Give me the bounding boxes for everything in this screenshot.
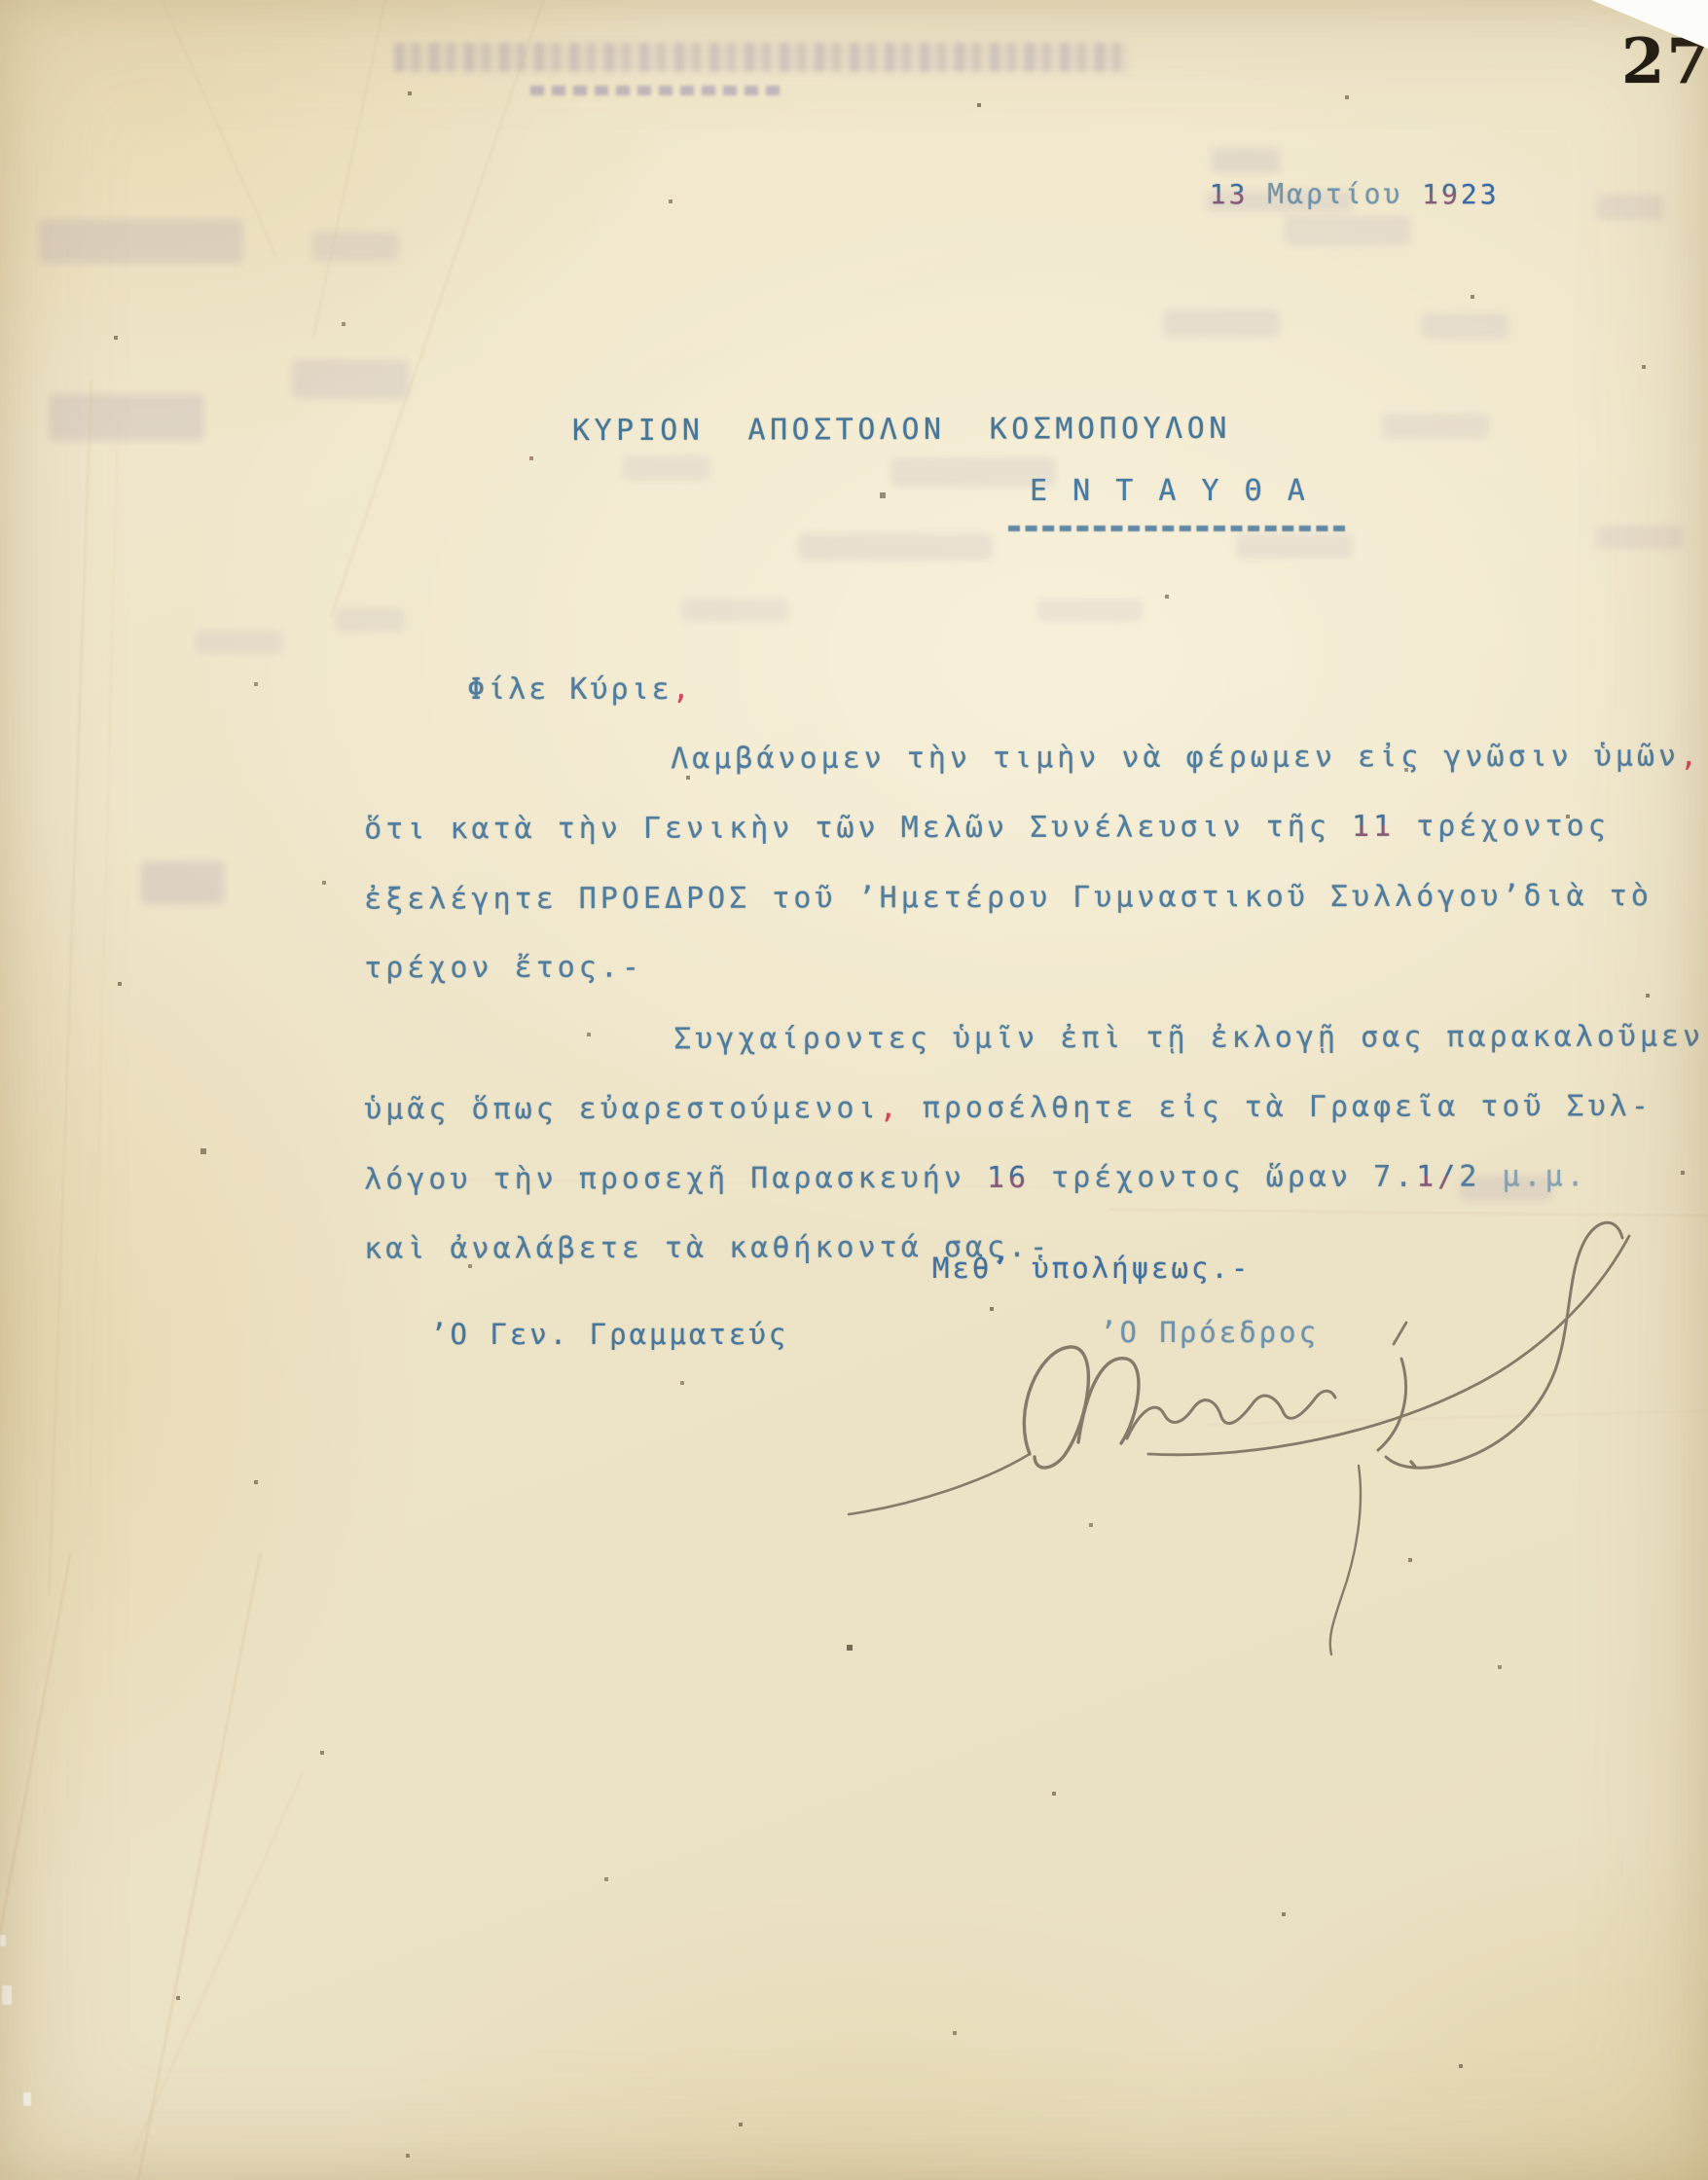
ink-bleed-smudge (292, 360, 409, 399)
body-line-4: τρέχον ἔτος.- (321, 917, 643, 986)
letter-date: 13 Μαρτίου 1923 (1171, 146, 1500, 210)
body-line-7: λόγου τὴν προσεχῆ Παρασκευήν 16 τρέχοντο… (321, 1125, 1588, 1196)
salutation-text: Φίλε Κύριε (467, 672, 672, 707)
ink-bleed-smudge (1421, 313, 1508, 339)
ink-bleed-smudge (681, 599, 788, 622)
closing-formula: Μεθ’ ὑπολήψεως.- (932, 1252, 1251, 1285)
recipient-location-underline (1008, 512, 1345, 531)
body-line-2: ὅτι κατὰ τὴν Γενικὴν τῶν Μελῶν Συνέλευσι… (321, 775, 1610, 846)
paper-specks (0, 0, 2, 2)
date-year-rest: 23 (1461, 178, 1500, 210)
paper-crease (311, 0, 387, 339)
date-year-first: 19 (1422, 178, 1461, 210)
body-line-1: Λαμβάνομεν τὴν τιμὴν νὰ φέρωμεν εἰς γνῶσ… (628, 706, 1701, 777)
recipient-name: ΚΥΡΙΟΝ ΑΠΟΣΤΟΛΟΝ ΚΟΣΜΟΠΟΥΛΟΝ (572, 412, 1231, 448)
paper-edge-chip (0, 1935, 6, 1946)
paper-edge-chip (23, 2092, 31, 2106)
ink-bleed-smudge (336, 608, 404, 632)
ink-bleed-smudge (49, 394, 204, 441)
ink-bleed-smudge (1596, 195, 1664, 220)
bleed-through-underline (530, 86, 781, 95)
paper-edge-chip (2, 1985, 12, 2005)
date-day: 13 (1210, 178, 1249, 210)
ink-bleed-smudge (1163, 309, 1280, 337)
paper-crease (135, 1552, 261, 2180)
recipient-location: Ε Ν Τ Α Υ Θ Α (1030, 474, 1309, 508)
ink-bleed-smudge (1596, 526, 1684, 549)
paper-crease (47, 380, 92, 1595)
salutation-comma: , (672, 672, 693, 707)
ink-bleed-smudge (1285, 216, 1411, 245)
ink-bleed-smudge (1036, 599, 1144, 622)
body-line-6: ὑμᾶς ὅπως εὐαρεστούμενοι, προσέλθητε εἰς… (321, 1055, 1653, 1127)
ink-bleed-smudge (311, 232, 399, 261)
date-month: Μαρτίου (1248, 178, 1422, 210)
paper-crease (88, 418, 119, 1538)
body-line-5: Συγχαίροντες ὑμῖν ἐπὶ τῇ ἐκλογῇ σας παρα… (631, 986, 1704, 1057)
ink-bleed-smudge (623, 455, 710, 481)
paper-crease (1207, 1409, 1708, 1425)
paper-crease (1109, 1207, 1708, 1216)
secretary-signature-label: ’Ο Γεν. Γραμματεύς (430, 1318, 788, 1351)
ink-bleed-smudge (39, 219, 243, 264)
paper-crease (330, 0, 548, 617)
body-line-3: ἐξελέγητε ΠΡΟΕΔΡΟΣ τοῦ ’Ημετέρου Γυμναστ… (321, 845, 1653, 917)
ink-bleed-smudge (1236, 533, 1353, 559)
paper-crease (131, 1771, 304, 2155)
scanned-letter-1923: { "page_number": "271", "date": { "day":… (0, 0, 1708, 2180)
president-signature-label: ’Ο Πρόεδρος (1100, 1316, 1319, 1349)
bleed-through-letterhead (394, 43, 1129, 72)
ink-bleed-smudge (798, 533, 993, 561)
ink-bleed-smudge (1382, 414, 1489, 439)
paper-crease (0, 1552, 71, 2180)
ink-bleed-smudge (195, 631, 282, 654)
ink-bleed-smudge (141, 861, 224, 904)
salutation: Φίλε Κύριε, (426, 638, 693, 707)
